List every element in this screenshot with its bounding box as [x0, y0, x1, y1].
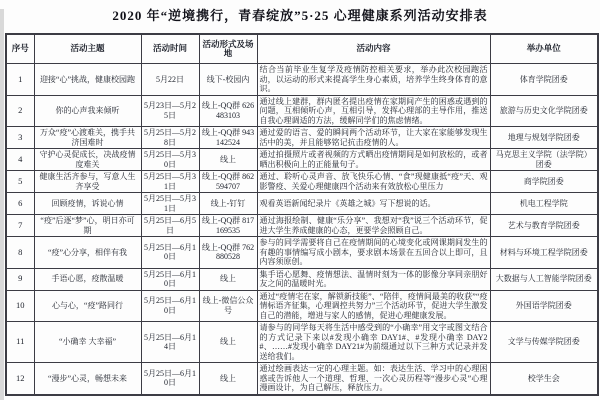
activity-schedule-table: 序号活动主题活动时间活动形式及场地活动内容举办单位 1迎接“心”挑战，健康校园跑… — [5, 33, 599, 396]
column-header: 序号 — [6, 34, 34, 64]
cell-organizer: 马克思主义学院（法学院）团委 — [490, 149, 598, 171]
cell-content: 请参与的同学每天将生活中感受到的“小确幸”用文字或图文结合的方式记录下来以#发现… — [257, 322, 490, 363]
cell-no: 11 — [6, 322, 34, 363]
table-row: 4守护心灵促成长，决战疫情度难关5月25日—5月30日线上通过拍摄照片或者视频的… — [6, 149, 598, 171]
column-header: 活动主题 — [34, 34, 141, 64]
cell-content: 集手语心愿舞、疫情想法、温情时刻为一体的影像分享同亲朋好友之间的温暖时光。 — [257, 268, 490, 290]
column-header: 活动时间 — [141, 34, 199, 64]
cell-organizer: 材料与环境工程学院团委 — [490, 237, 598, 269]
cell-theme: “疫”后逐“梦”心，明日亦可期 — [34, 215, 141, 237]
cell-time: 5月25日—5月31日 — [141, 193, 199, 215]
cell-organizer: 机电工程学院 — [490, 193, 598, 215]
cell-organizer: 校学生会 — [490, 363, 598, 395]
column-header: 举办单位 — [490, 34, 598, 64]
cell-no: 4 — [6, 149, 34, 171]
cell-format: 线上-QQ群 626483103 — [199, 95, 257, 127]
cell-time: 5月23日—5月25日 — [141, 95, 199, 127]
table-row: 12“漫步”心灵，畅想未来5月25日—6月10日线上通过绘画表达一定的心理主题。… — [6, 363, 598, 395]
table-row: 10心与心，“疫”路同行5月25日—6月10日线上-微信公众号通过“疫情宅在家，… — [6, 290, 598, 322]
page-title: 2020 年“逆境携行，青春绽放”5·25 心理健康系列活动安排表 — [0, 0, 600, 24]
table-row: 5健康生活齐参与，写意人生齐享受5月25日—5月31日线上-QQ群 862594… — [6, 171, 598, 193]
cell-no: 1 — [6, 64, 34, 96]
table-header-row: 序号活动主题活动时间活动形式及场地活动内容举办单位 — [6, 34, 598, 64]
cell-time: 5月25日—6月10日 — [141, 363, 199, 395]
cell-format: 线上 — [199, 268, 257, 290]
column-header: 活动内容 — [257, 34, 490, 64]
cell-format: 线上-微信公众号 — [199, 290, 257, 322]
cell-organizer: 大数据与人工智能学院团委 — [490, 268, 598, 290]
cell-content: 结合当前毕业生复学及疫情防控相关要求，举办此次校园跑活动，以运动的形式来提高学生… — [257, 64, 490, 96]
cell-organizer: 旅游与历史文化学院团委 — [490, 95, 598, 127]
cell-format: 线上 — [199, 149, 257, 171]
cell-theme: “疫”心分享，相伴有我 — [34, 237, 141, 269]
cell-theme: 手语心愿，疫散温暖 — [34, 268, 141, 290]
table-row: 7“疫”后逐“梦”心，明日亦可期5月25日—6月5日线上-QQ群 8171695… — [6, 215, 598, 237]
cell-organizer: 文学与传媒学院团委 — [490, 322, 598, 363]
cell-time: 5月25日—5月31日 — [141, 171, 199, 193]
cell-no: 5 — [6, 171, 34, 193]
cell-no: 8 — [6, 237, 34, 269]
document-page: 2020 年“逆境携行，青春绽放”5·25 心理健康系列活动安排表 序号活动主题… — [0, 0, 600, 400]
cell-theme: 心与心，“疫”路同行 — [34, 290, 141, 322]
cell-theme: “小确幸 大幸福” — [34, 322, 141, 363]
cell-theme: 你的心声我来倾听 — [34, 95, 141, 127]
cell-time: 5月25日—6月10日 — [141, 268, 199, 290]
cell-format: 线上-钉钉 — [199, 193, 257, 215]
cell-time: 5月25日—6月10日 — [141, 290, 199, 322]
cell-organizer: 艺术与教育学院团委 — [490, 215, 598, 237]
cell-time: 5月25日—6月5日 — [141, 215, 199, 237]
cell-organizer: 地理与规划学院团委 — [490, 127, 598, 149]
cell-format: 线上 — [199, 363, 257, 395]
cell-content: 通过拍摄照片或者视频的方式晒出疫情期间是如何放松的，或者晒出积极向上的正能量句子… — [257, 149, 490, 171]
cell-theme: 守护心灵促成长，决战疫情度难关 — [34, 149, 141, 171]
table-body: 1迎接“心”挑战，健康校园跑5月22日线下-校园内结合当前毕业生复学及疫情防控相… — [6, 64, 598, 395]
column-header: 活动形式及场地 — [199, 34, 257, 64]
cell-no: 7 — [6, 215, 34, 237]
table-row: 1迎接“心”挑战，健康校园跑5月22日线下-校园内结合当前毕业生复学及疫情防控相… — [6, 64, 598, 96]
cell-organizer: 外国语学院团委 — [490, 290, 598, 322]
cell-content: 通过线上建群，群内匿名提出疫情在家期间产生的困惑或遇到的问题，互相倾听心声，互相… — [257, 95, 490, 127]
cell-theme: 迎接“心”挑战，健康校园跑 — [34, 64, 141, 96]
cell-content: 通过绘画表达一定的心理主题。如：表达生活、学习中的心理困惑或告诉他人一个道理、哲… — [257, 363, 490, 395]
page-edge-shadow — [0, 9, 4, 400]
cell-time: 5月25日—5月28日 — [141, 127, 199, 149]
cell-content: 通过海报绘制、健康“乐分享”、我想对“我”说三个活动环节，促进大学生养成健康的心… — [257, 215, 490, 237]
cell-content: 观看英语新闻纪录片《英雄之城》写下想说的话。 — [257, 193, 490, 215]
cell-format: 线上 — [199, 322, 257, 363]
cell-theme: “漫步”心灵，畅想未来 — [34, 363, 141, 395]
cell-time: 5月25日—6月14日 — [141, 322, 199, 363]
cell-format: 线下-校园内 — [199, 64, 257, 96]
cell-no: 9 — [6, 268, 34, 290]
table-row: 11“小确幸 大幸福”5月25日—6月14日线上请参与的同学每天将生活中感受到的… — [6, 322, 598, 363]
cell-no: 2 — [6, 95, 34, 127]
table-row: 8“疫”心分享，相伴有我5月25日—6月10日线上-QQ群 762880528参… — [6, 237, 598, 269]
cell-format: 线上-QQ群 817169535 — [199, 215, 257, 237]
cell-no: 10 — [6, 290, 34, 322]
table-row: 9手语心愿，疫散温暖5月25日—6月10日线上集手语心愿舞、疫情想法、温情时刻为… — [6, 268, 598, 290]
cell-no: 3 — [6, 127, 34, 149]
cell-theme: 万众“疫”心渡难关，携手共济国难时 — [34, 127, 141, 149]
cell-organizer: 体育学院团委 — [490, 64, 598, 96]
cell-time: 5月25日—6月10日 — [141, 237, 199, 269]
cell-format: 线上-QQ群 762880528 — [199, 237, 257, 269]
cell-content: 参与的同学需要将自己在疫情期间的心境变化或网课期间发生的有趣的事情编写成小剧本，… — [257, 237, 490, 269]
cell-theme: 健康生活齐参与，写意人生齐享受 — [34, 171, 141, 193]
cell-format: 线上-QQ群 943142524 — [199, 127, 257, 149]
cell-no: 6 — [6, 193, 34, 215]
cell-time: 5月22日 — [141, 64, 199, 96]
cell-organizer: 商学院团委 — [490, 171, 598, 193]
cell-no: 12 — [6, 363, 34, 395]
table-row: 6回顾疫情，诉说心情5月25日—5月31日线上-钉钉观看英语新闻纪录片《英雄之城… — [6, 193, 598, 215]
cell-format: 线上-QQ群 862594707 — [199, 171, 257, 193]
cell-content: 通过爱的语言、爱的瞬间两个活动环节，让大家在家能够发现生活中的美，并且能够铭记抗… — [257, 127, 490, 149]
table-row: 2你的心声我来倾听5月23日—5月25日线上-QQ群 626483103通过线上… — [6, 95, 598, 127]
cell-time: 5月25日—5月30日 — [141, 149, 199, 171]
table-row: 3万众“疫”心渡难关，携手共济国难时5月25日—5月28日线上-QQ群 9431… — [6, 127, 598, 149]
cell-content: 通过“疫情宅在家，解锁新技能”、“陪伴，疫情间最美的收获”“疫情标语齐征集，心理… — [257, 290, 490, 322]
cell-content: 通过、聆听心灵声音、放飞快乐心情、“食”现健康抵“疫”天、观影警疫、关爱心理健康… — [257, 171, 490, 193]
cell-theme: 回顾疫情，诉说心情 — [34, 193, 141, 215]
